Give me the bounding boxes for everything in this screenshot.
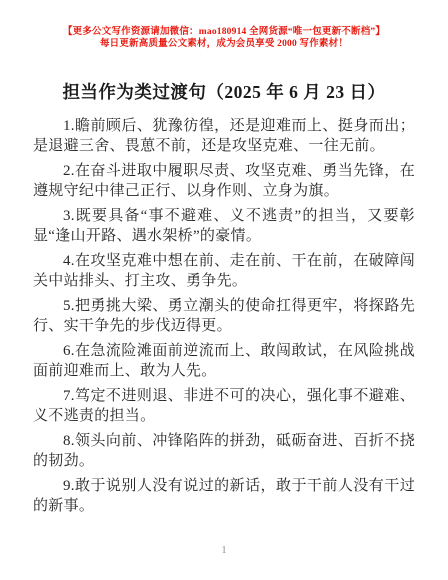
paragraph-6: 6.在急流险滩面前逆流而上、敢闯敢试，在风险挑战面前迎难而上、敢为人先。 xyxy=(33,341,415,381)
page-number: 1 xyxy=(0,545,448,556)
page-title: 担当作为类过渡句（2025 年 6 月 23 日） xyxy=(33,81,415,103)
paragraph-7: 7.笃定不进则退、非进不可的决心，强化事不避难、义不逃责的担当。 xyxy=(33,386,415,426)
paragraph-5: 5.把勇挑大梁、勇立潮头的使命扛得更牢，将探路先行、实干争先的步伐迈得更。 xyxy=(33,296,415,336)
paragraph-8: 8.领头向前、冲锋陷阵的拼劲，砥砺奋进、百折不挠的韧劲。 xyxy=(33,431,415,471)
document-body: 1.瞻前顾后、犹豫彷徨，还是迎难而上、挺身而出；是退避三舍、畏葸不前，还是攻坚克… xyxy=(33,116,415,516)
document-page: 【更多公文写作资源请加微信：mao180914 全网货源“唯一包更新不断档”】 … xyxy=(0,0,448,580)
paragraph-4: 4.在攻坚克难中想在前、走在前、干在前，在破障闯关中站排头、打主攻、勇争先。 xyxy=(33,251,415,291)
paragraph-3: 3.既要具备“事不避难、义不逃责”的担当，又要彰显“逢山开路、遇水架桥”的豪情。 xyxy=(33,206,415,246)
paragraph-2: 2.在奋斗进取中履职尽责、攻坚克难、勇当先锋，在遵规守纪中律己正行、以身作则、立… xyxy=(33,161,415,201)
paragraph-9: 9.敢于说别人没有说过的新话，敢于干前人没有干过的新事。 xyxy=(33,476,415,516)
paragraph-1: 1.瞻前顾后、犹豫彷徨，还是迎难而上、挺身而出；是退避三舍、畏葸不前，还是攻坚克… xyxy=(33,116,415,156)
promo-line-2: 每日更新高质量公文素材，成为会员享受 2000 写作素材！ xyxy=(33,38,415,50)
promo-header: 【更多公文写作资源请加微信：mao180914 全网货源“唯一包更新不断档”】 … xyxy=(33,26,415,50)
promo-line-1: 【更多公文写作资源请加微信：mao180914 全网货源“唯一包更新不断档”】 xyxy=(33,26,415,38)
